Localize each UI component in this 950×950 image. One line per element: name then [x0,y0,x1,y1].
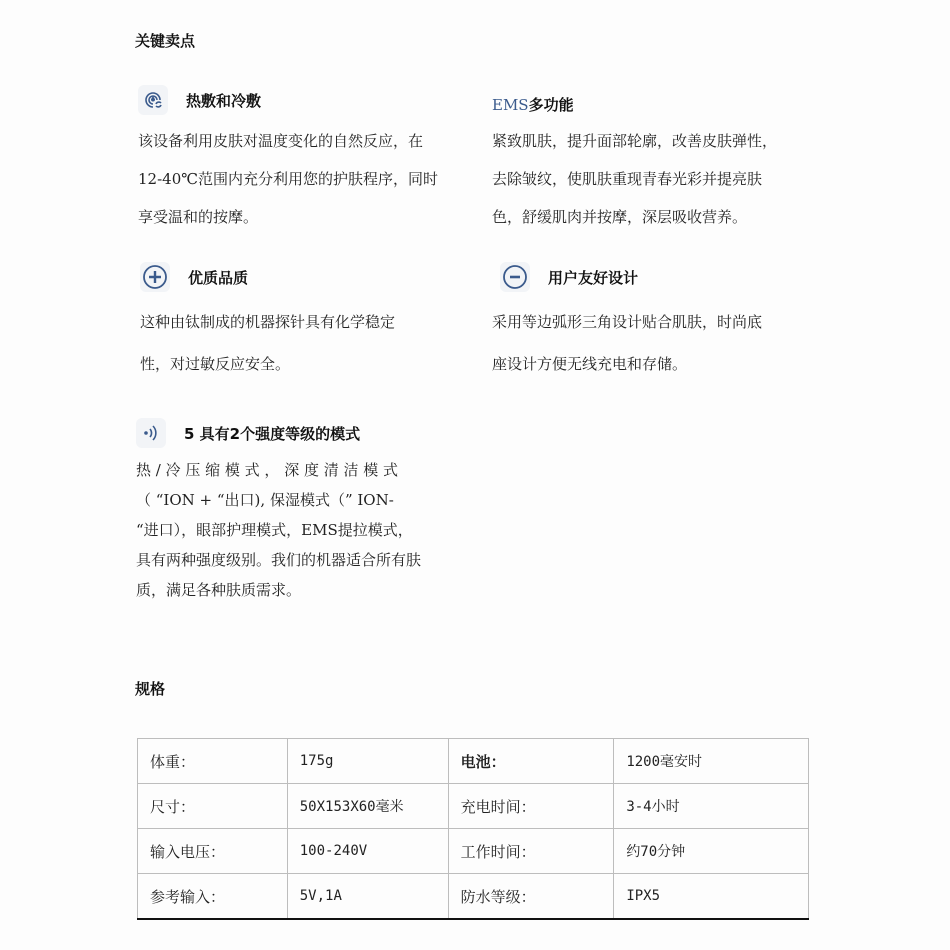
feature-text: 紧致肌肤，提升面部轮廓，改善皮肤弹性， [492,122,822,160]
feature-text: 热 / 冷 压 缩 模 式 ， 深 度 清 洁 模 式 [136,455,466,485]
feature-text: “进口），眼部护理模式，EMS提拉模式， [136,515,466,545]
feature-text: 采用等边弧形三角设计贴合肌肤，时尚底 [492,301,820,343]
table-row: 输入电压： 100-240V 工作时间： 约70分钟 [138,829,809,874]
feature-text: 去除皱纹，使肌肤重现青春光彩并提亮肤 [492,160,822,198]
feature-quality: 优质品质 这种由钛制成的机器探针具有化学稳定 性，对过敏反应安全。 [140,259,470,385]
feature-text: 质，满足各种肤质需求。 [136,575,466,605]
plus-circle-icon [140,262,170,292]
feature-modes: 5 具有2个强度等级的模式 热 / 冷 压 缩 模 式 ， 深 度 清 洁 模 … [136,415,466,605]
feature-text: 色，舒缓肌肉并按摩，深层吸收营养。 [492,198,822,236]
spec-label: 尺寸： [138,784,288,829]
feature-title: 用户友好设计 [548,267,638,288]
spec-label: 输入电压： [138,829,288,874]
feature-text: 性，对过敏反应安全。 [140,343,470,385]
spec-value: 50X153X60毫米 [287,784,448,829]
feature-ems: EMS多功能 紧致肌肤，提升面部轮廓，改善皮肤弹性， 去除皱纹，使肌肤重现青春光… [492,86,822,236]
key-points-heading: 关键卖点 [135,30,195,51]
feature-text: 享受温和的按摩。 [138,198,468,236]
feature-text: （ “ION + “出口), 保湿模式（” ION- [136,485,466,515]
feature-title: EMS多功能 [492,94,574,115]
feature-title: 优质品质 [188,267,248,288]
spec-value: 约70分钟 [614,829,809,874]
spec-value: 100-240V [287,829,448,874]
feature-title: 5 具有2个强度等级的模式 [184,423,360,444]
specs-heading: 规格 [135,678,165,699]
spec-label: 体重： [138,739,288,784]
table-row: 参考输入： 5V,1A 防水等级： IPX5 [138,874,809,919]
table-row: 尺寸： 50X153X60毫米 充电时间： 3-4小时 [138,784,809,829]
feature-text: 该设备利用皮肤对温度变化的自然反应，在 [138,122,468,160]
spec-value: 5V,1A [287,874,448,919]
spec-value: 3-4小时 [614,784,809,829]
table-row: 体重： 175g 电池： 1200毫安时 [138,739,809,784]
feature-text: 12-40℃范围内充分利用您的护肤程序，同时 [138,160,468,198]
feature-title-text: 多功能 [529,96,574,114]
spec-label: 电池： [448,739,614,784]
specs-table: 体重： 175g 电池： 1200毫安时 尺寸： 50X153X60毫米 充电时… [137,738,809,919]
feature-text: 这种由钛制成的机器探针具有化学稳定 [140,301,470,343]
ems-prefix: EMS [492,96,529,114]
feature-hot-cold: 热敷和冷敷 该设备利用皮肤对温度变化的自然反应，在 12-40℃范围内充分利用您… [138,82,468,236]
feature-title: 热敷和冷敷 [186,90,261,111]
spec-value: 1200毫安时 [614,739,809,784]
spec-label: 参考输入： [138,874,288,919]
spec-label: 工作时间： [448,829,614,874]
water-temperature-icon [138,85,168,115]
spec-label: 防水等级： [448,874,614,919]
feature-text: 具有两种强度级别。我们的机器适合所有肤 [136,545,466,575]
feature-user-friendly: 用户友好设计 采用等边弧形三角设计贴合肌肤，时尚底 座设计方便无线充电和存储。 [500,259,820,385]
spec-value: IPX5 [614,874,809,919]
spec-value: 175g [287,739,448,784]
signal-waves-icon [136,418,166,448]
feature-text: 座设计方便无线充电和存储。 [492,343,820,385]
spec-label: 充电时间： [448,784,614,829]
table-bottom-rule [137,918,809,920]
minus-circle-icon [500,262,530,292]
